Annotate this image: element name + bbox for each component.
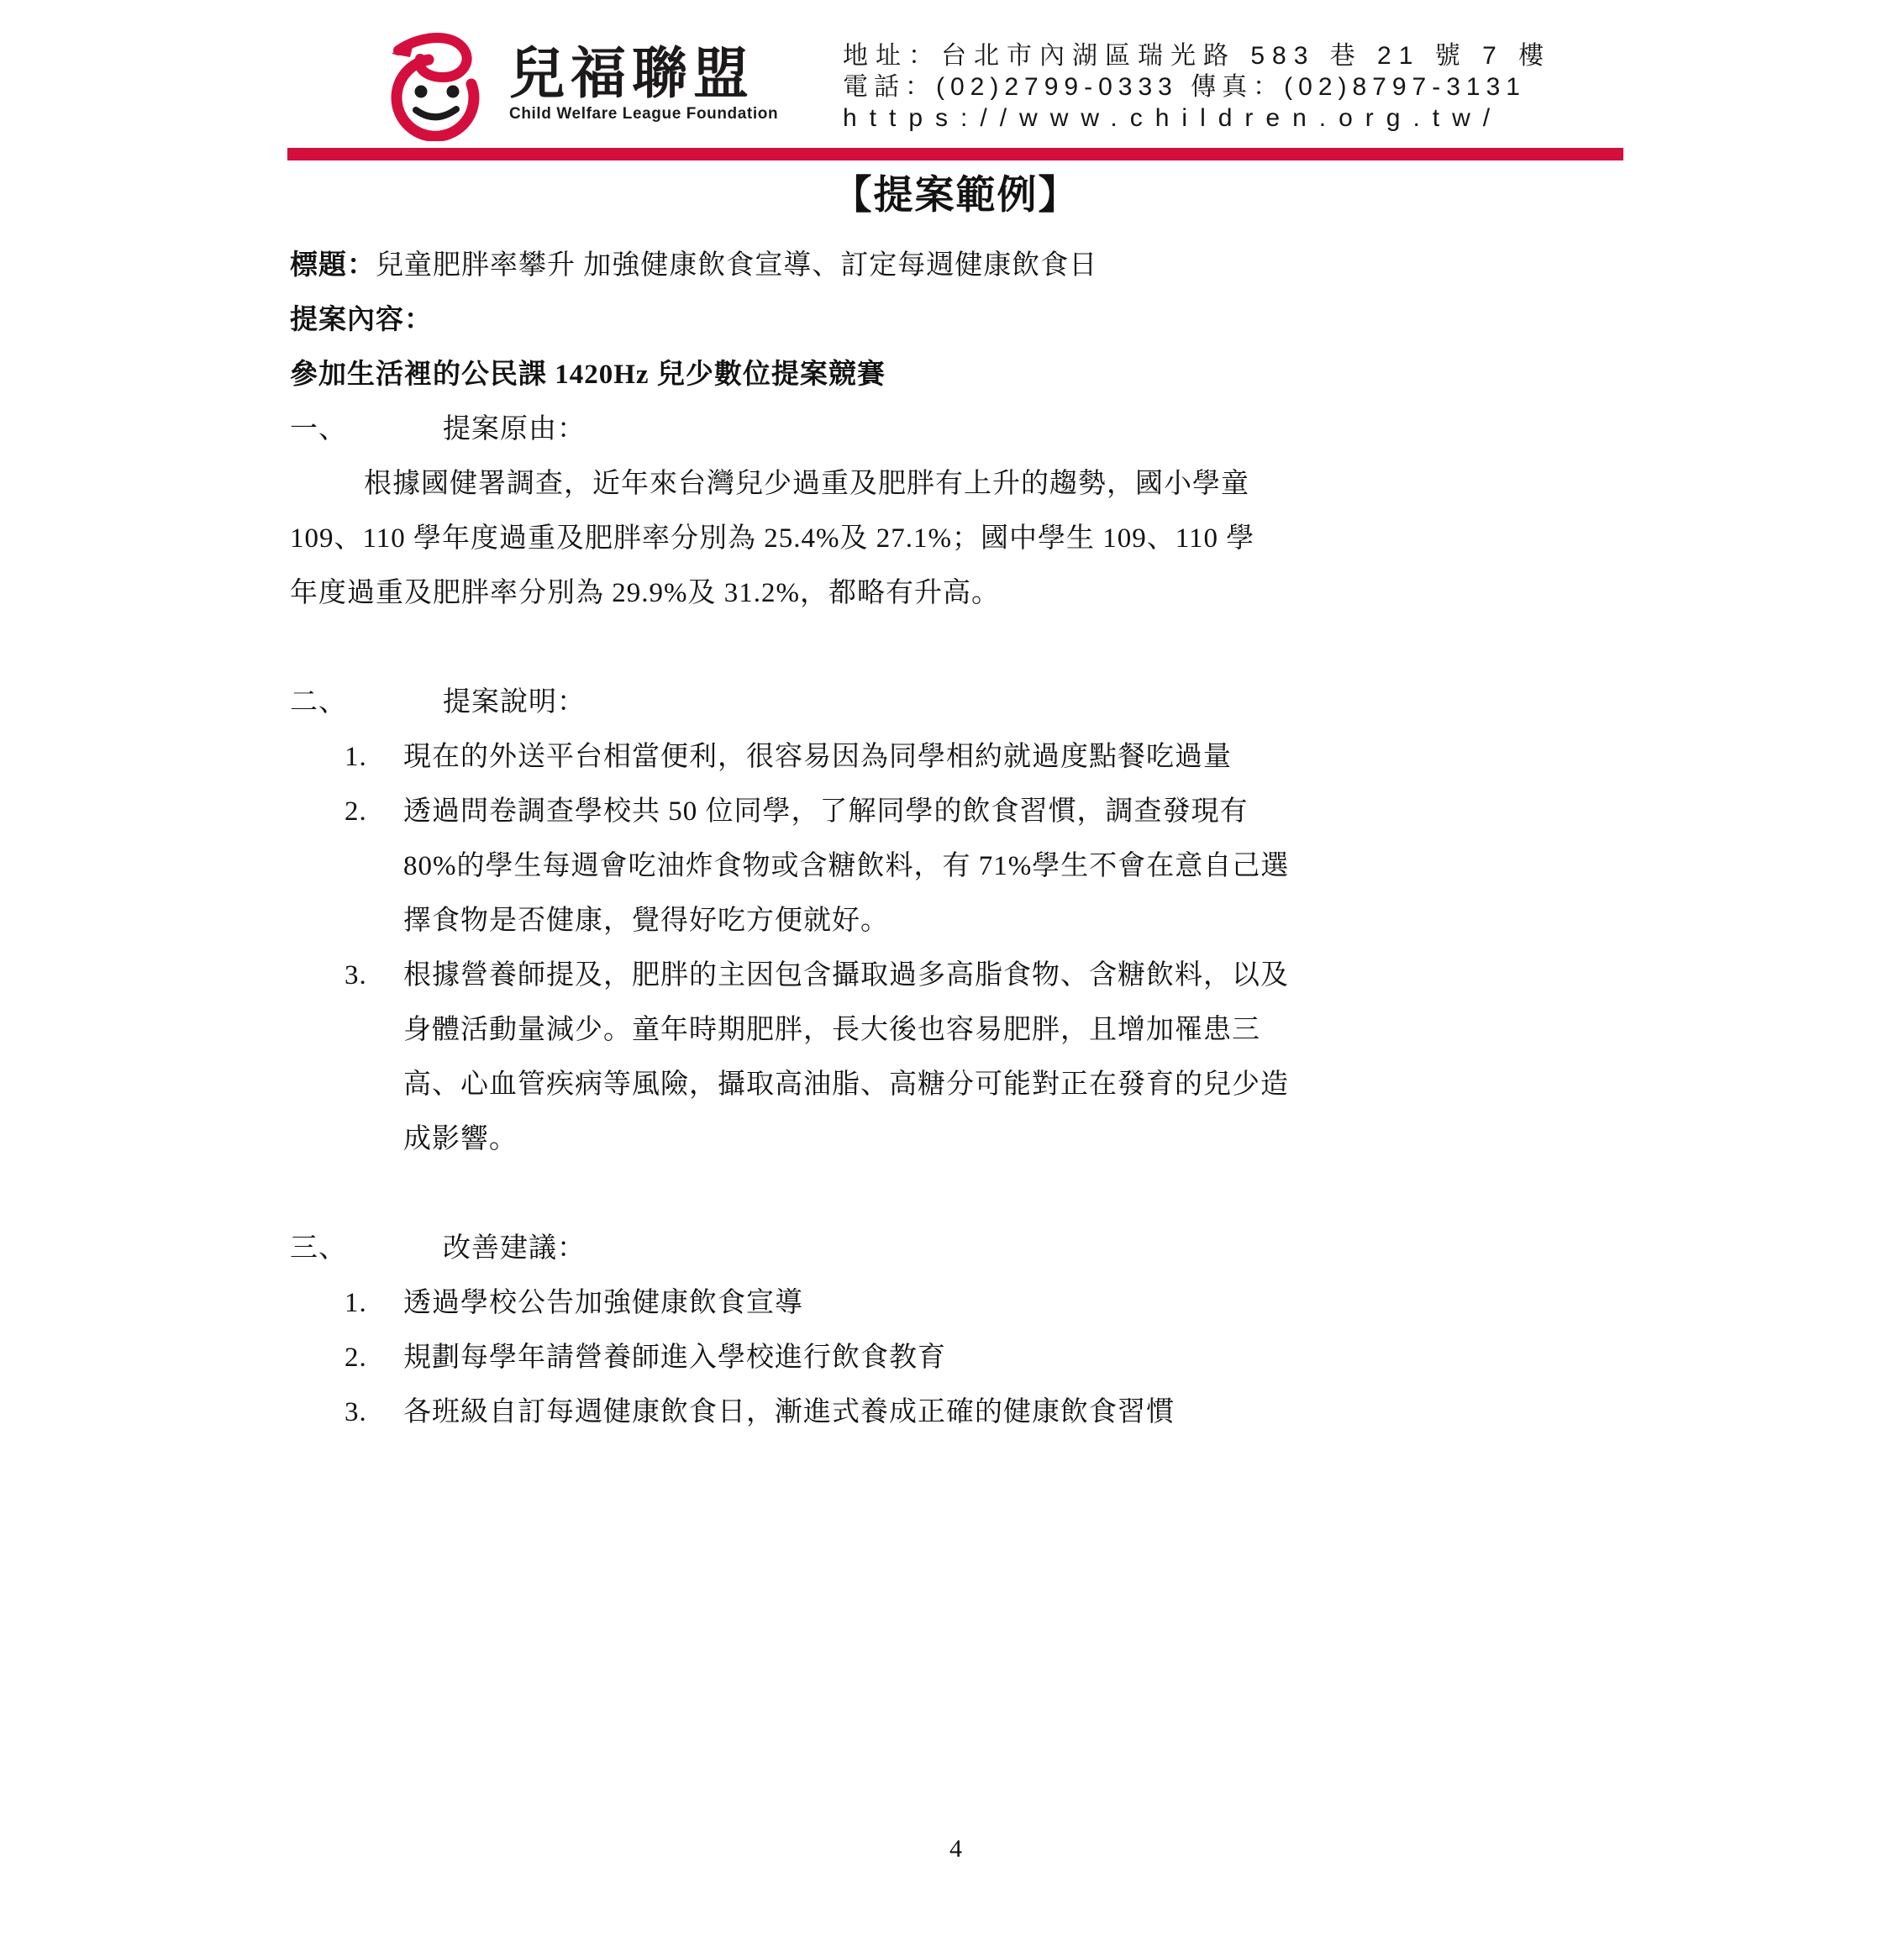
section-title: 改善建議： (443, 1233, 586, 1264)
list-item-text: 根據營養師提及，肥胖的主因包含攝取過多高脂食物、含糖飲料，以及 (403, 960, 1289, 991)
list-item: 1.透過學校公告加強健康飲食宣導 (290, 1276, 1651, 1331)
section-heading: 二、提案說明： (290, 675, 1651, 730)
blank-line (290, 621, 1651, 675)
contact-phone-fax: 電話：(02)2799-0333 傳真：(02)8797-3131 (843, 71, 1578, 102)
blank-line (290, 1167, 1651, 1222)
list-item-number: 1. (345, 1276, 367, 1331)
section-number: 三、 (290, 1222, 443, 1276)
org-logo: 兒福聯盟 Child Welfare League Foundation (368, 32, 778, 141)
list-item: 2.透過問卷調查學校共 50 位同學，了解同學的飲食習慣，調查發現有 (290, 785, 1651, 839)
title-text: 兒童肥胖率攀升 加強健康飲食宣導、訂定每週健康飲食日 (376, 250, 1097, 281)
list-item-continuation: 高、心血管疾病等風險，攝取高油脂、高糖分可能對正在發育的兒少造 (290, 1058, 1651, 1112)
subtitle-line: 參加生活裡的公民課 1420Hz 兒少數位提案競賽 (290, 348, 1651, 402)
list-item-number: 1. (345, 730, 367, 785)
list-item-continuation: 身體活動量減少。童年時期肥胖，長大後也容易肥胖，且增加罹患三 (290, 1003, 1651, 1058)
proposal-title-line: 標題：兒童肥胖率攀升 加強健康飲食宣導、訂定每週健康飲食日 (290, 239, 1651, 293)
content-label: 提案內容： (290, 293, 1651, 348)
list-item-number: 2. (345, 1331, 367, 1385)
list-item-continuation: 擇食物是否健康，覺得好吃方便就好。 (290, 894, 1651, 949)
list-item-continuation: 80%的學生每週會吃油炸食物或含糖飲料，有 71%學生不會在意自己選 (290, 839, 1651, 894)
list-item-number: 3. (345, 949, 367, 1003)
list-item-number: 2. (345, 785, 367, 839)
list-item-text: 規劃每學年請營養師進入學校進行飲食教育 (403, 1343, 946, 1373)
list-item: 1.現在的外送平台相當便利，很容易因為同學相約就過度點餐吃過量 (290, 730, 1651, 785)
contact-address: 地址：台北市內湖區瑞光路 583 巷 21 號 7 樓 (843, 40, 1578, 71)
page-title: 【提案範例】 (290, 171, 1622, 221)
title-label: 標題： (290, 250, 376, 281)
org-name-en: Child Welfare League Foundation (509, 104, 778, 124)
paragraph-line: 年度過重及肥胖率分別為 29.9%及 31.2%，都略有升高。 (290, 566, 1651, 621)
list-item: 2.規劃每學年請營養師進入學校進行飲食教育 (290, 1331, 1651, 1385)
document-page: 兒福聯盟 Child Welfare League Foundation 地址：… (0, 0, 1904, 1955)
logo-mark-icon (368, 32, 502, 141)
contact-block: 地址：台北市內湖區瑞光路 583 巷 21 號 7 樓 電話：(02)2799-… (843, 40, 1578, 134)
section-number: 一、 (290, 402, 443, 457)
list-item: 3.根據營養師提及，肥胖的主因包含攝取過多高脂食物、含糖飲料，以及 (290, 949, 1651, 1003)
list-item-text: 各班級自訂每週健康飲食日，漸進式養成正確的健康飲食習慣 (403, 1397, 1175, 1427)
list-item-number: 3. (345, 1385, 367, 1440)
list-item: 3.各班級自訂每週健康飲食日，漸進式養成正確的健康飲食習慣 (290, 1385, 1651, 1440)
header-divider (287, 148, 1623, 160)
list-item-continuation: 成影響。 (290, 1112, 1651, 1167)
section-heading: 三、改善建議： (290, 1222, 1651, 1276)
section-title: 提案說明： (443, 687, 586, 717)
body-text: 標題：兒童肥胖率攀升 加強健康飲食宣導、訂定每週健康飲食日 提案內容： 參加生活… (290, 239, 1651, 1440)
list-item-text: 現在的外送平台相當便利，很容易因為同學相約就過度點餐吃過量 (403, 742, 1232, 772)
section-number: 二、 (290, 675, 443, 730)
page-footer: 4 (290, 1821, 1622, 1876)
paragraph-line: 根據國健署調查，近年來台灣兒少過重及肥胖有上升的趨勢，國小學童 (290, 457, 1651, 512)
section-title: 提案原由： (443, 414, 586, 444)
section-heading: 一、提案原由： (290, 402, 1651, 457)
list-item-text: 透過學校公告加強健康飲食宣導 (403, 1288, 803, 1318)
org-name-zh: 兒福聯盟 (509, 44, 778, 102)
contact-website: https://www.children.org.tw/ (843, 102, 1578, 134)
page-number: 4 (290, 1821, 1622, 1876)
list-item-text: 透過問卷調查學校共 50 位同學，了解同學的飲食習慣，調查發現有 (403, 796, 1249, 827)
paragraph-line: 109、110 學年度過重及肥胖率分別為 25.4%及 27.1%；國中學生 1… (290, 512, 1651, 566)
logo-text: 兒福聯盟 Child Welfare League Foundation (509, 32, 778, 124)
